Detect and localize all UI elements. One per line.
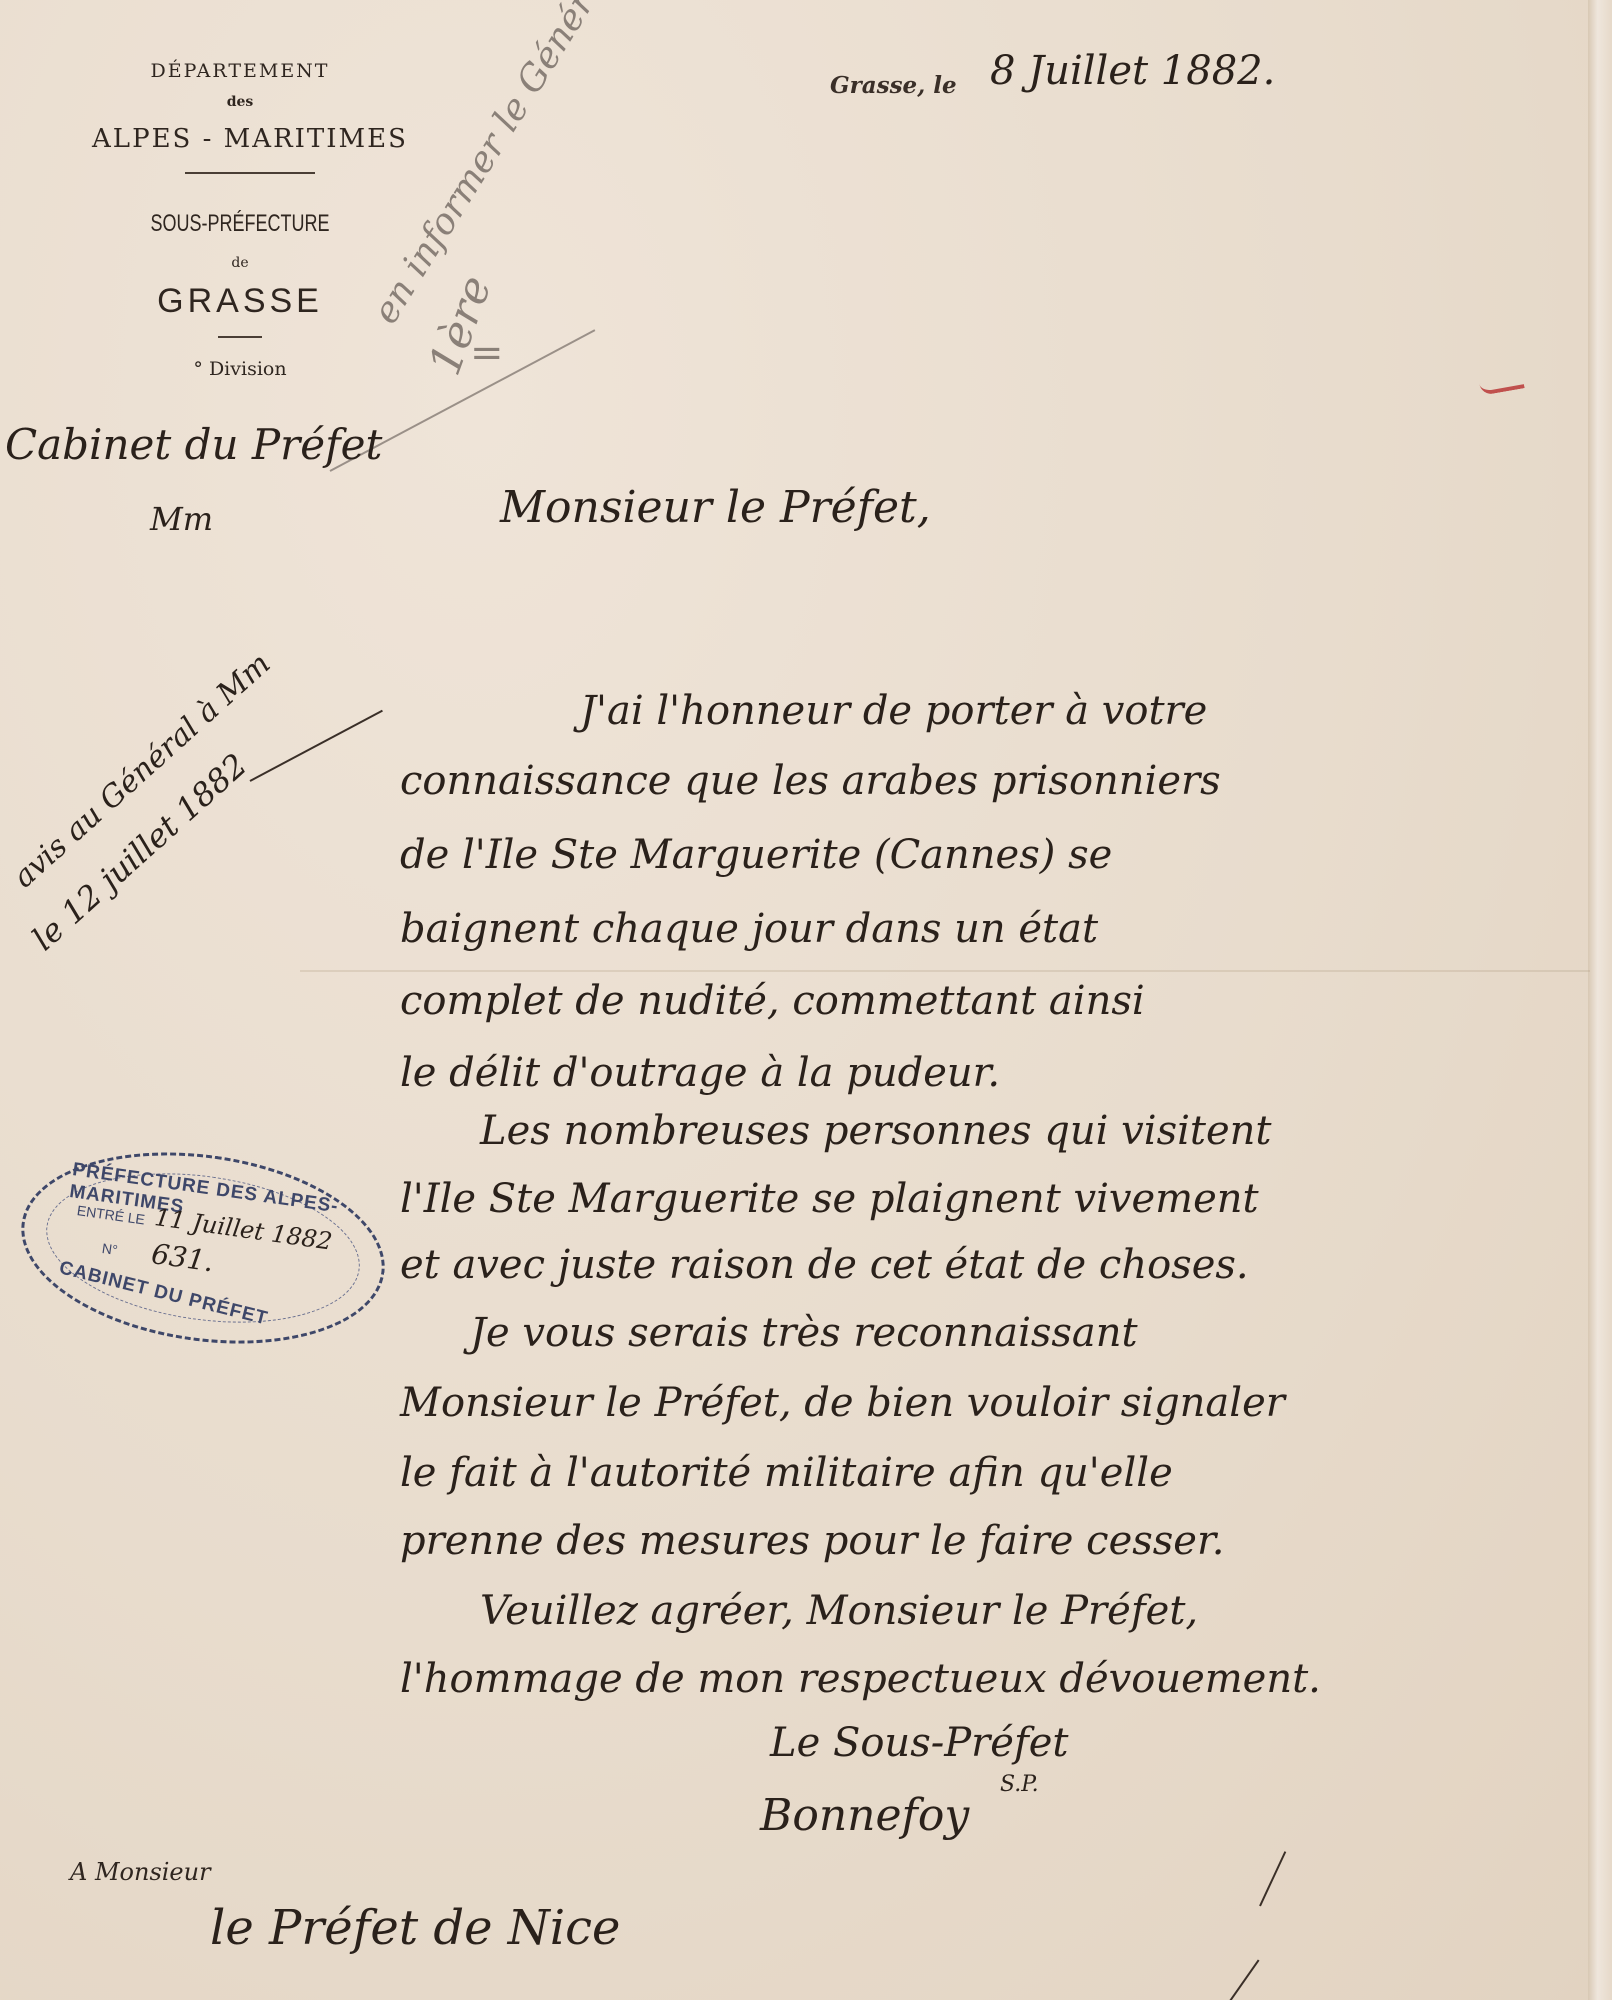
body-line: Je vous serais très reconnaissant: [470, 1310, 1138, 1356]
letterhead-sous-prefecture: SOUS-PRÉFECTURE: [135, 210, 345, 238]
addressee-printed: A Monsieur: [70, 1858, 211, 1886]
body-line: J'ai l'honneur de porter à votre: [580, 688, 1207, 734]
addressee-handwritten: le Préfet de Nice: [210, 1900, 620, 1956]
letterhead-de: de: [100, 255, 380, 271]
letterhead-grasse: GRASSE: [100, 282, 380, 321]
paper-fold: [300, 970, 1590, 972]
body-line: et avec juste raison de cet état de chos…: [400, 1242, 1249, 1288]
signature-title: Le Sous-Préfet: [770, 1720, 1069, 1766]
body-line: l'Ile Ste Marguerite se plaignent viveme…: [400, 1176, 1259, 1222]
body-line: complet de nudité, commettant ainsi: [400, 978, 1145, 1024]
pencil-note-equals: =: [470, 330, 504, 376]
letterhead-departement: DÉPARTEMENT: [100, 60, 380, 82]
dateline-printed: Grasse, le: [830, 72, 957, 99]
body-line: Les nombreuses personnes qui visitent: [480, 1108, 1271, 1154]
body-line: Veuillez agréer, Monsieur le Préfet,: [480, 1588, 1198, 1634]
body-line: baignent chaque jour dans un état: [400, 906, 1098, 952]
paper-edge: [1588, 0, 1612, 2000]
body-line: le fait à l'autorité militaire afin qu'e…: [400, 1450, 1173, 1496]
salutation: Monsieur le Préfet,: [500, 482, 931, 533]
letterhead-des: des: [100, 94, 380, 110]
signature-name: Bonnefoy: [760, 1790, 969, 1841]
margin-note-cabinet: Cabinet du Préfet: [5, 420, 382, 469]
body-line: Monsieur le Préfet, de bien vouloir sign…: [400, 1380, 1285, 1426]
body-line: l'hommage de mon respectueux dévouement.: [400, 1656, 1321, 1702]
body-line: de l'Ile Ste Marguerite (Cannes) se: [400, 832, 1112, 878]
margin-note-initials: Mm: [150, 500, 213, 538]
body-line: prenne des mesures pour le faire cesser.: [400, 1518, 1224, 1564]
ornament-divider-small: [218, 336, 262, 338]
ornament-divider: [185, 172, 315, 174]
body-line: le délit d'outrage à la pudeur.: [400, 1050, 1000, 1096]
dateline-handwritten: 8 Juillet 1882.: [990, 48, 1275, 94]
body-line: connaissance que les arabes prisonniers: [400, 758, 1221, 804]
signature-annotation: S.P.: [1000, 1772, 1039, 1797]
letterhead-alpes-maritimes: ALPES - MARITIMES: [70, 124, 430, 154]
stamp-number-label: N°: [101, 1240, 119, 1258]
letterhead-division: ° Division: [100, 358, 380, 380]
